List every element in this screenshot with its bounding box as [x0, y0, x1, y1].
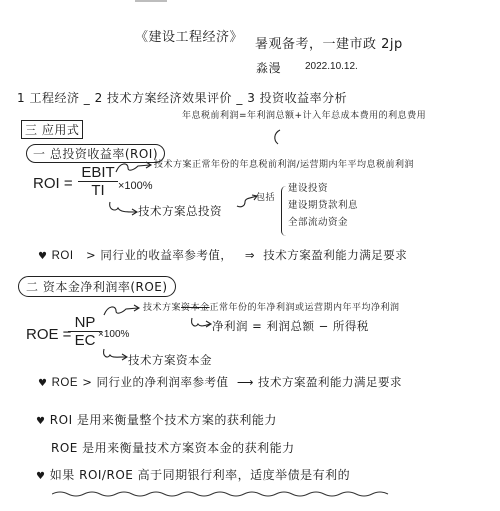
curl-up-arrow-icon [272, 128, 282, 146]
roi-numerator: EBIT [78, 164, 118, 182]
curl-arrow-icon [108, 200, 140, 216]
summary-line-leverage: ♥ 如果 ROI/ROE 高于同期银行利率，适度举债是有利的 [36, 466, 350, 483]
note-date: 2022.10.12. [305, 61, 358, 72]
net-profit-definition: 净利润 = 利润总额 − 所得税 [212, 318, 369, 334]
author-name: 淼漫 [256, 59, 281, 76]
roi-denominator: TI [78, 182, 118, 199]
roe-denominator-note: 技术方案资本金 [128, 352, 212, 368]
roe-multiplier: ×100% [98, 329, 129, 340]
greater-than-sign: > [86, 248, 96, 262]
breadcrumb-separator: _ [236, 91, 243, 105]
scan-edge-mark [135, 0, 167, 2]
ebit-definition: 年息税前利润=年利润总额+计入年总成本费用的利息费用 [182, 108, 426, 121]
heart-bullet-icon: ♥ [36, 416, 45, 427]
roe-conclusion: ♥ ROE > 同行业的净利润率参考值 ⟶ 技术方案盈利能力满足要求 [38, 374, 402, 390]
roe-label: ROE [52, 377, 78, 389]
brace [281, 186, 286, 236]
page-title: 《建设工程经济》 [135, 26, 243, 45]
curl-arrow-icon [114, 160, 154, 174]
breadcrumb: 1 工程经济 _ 2 技术方案经济效果评价 _ 3 投资收益率分析 [17, 89, 347, 106]
includes-item: 全部流动资金 [288, 214, 348, 228]
roi-label: ROI [52, 250, 74, 262]
breadcrumb-item-3: 3 投资收益率分析 [247, 91, 347, 105]
curl-arrow-icon [102, 347, 130, 361]
roe-numerator: NP [68, 314, 102, 332]
roe-benchmark-text: 同行业的净利润率参考值 [97, 375, 229, 389]
includes-label: 包括 [256, 190, 275, 203]
roi-result-text: 技术方案盈利能力满足要求 [263, 248, 407, 262]
roi-denominator-note: 技术方案总投资 [138, 203, 222, 219]
struck-text: 资本金 [181, 303, 210, 313]
breadcrumb-separator: _ [84, 91, 91, 105]
summary-roi-text: ROI 是用来衡量整个技术方案的获利能力 [50, 413, 277, 427]
includes-item: 建设投资 [288, 180, 328, 194]
roe-note-body: 正常年份的年净利润或运营期内年平均净利润 [210, 303, 400, 313]
roi-multiplier: ×100% [118, 180, 153, 192]
roi-benchmark-text: 同行业的收益率参考值， [100, 248, 232, 262]
roi-fraction: EBIT TI [78, 164, 118, 199]
section-heading-applications: 三 应用式 [21, 120, 83, 139]
roi-numerator-note: 技术方案正常年份的年息税前利润/运营期内年平均息税前利润 [154, 157, 414, 170]
heart-bullet-icon: ♥ [38, 251, 47, 262]
heart-bullet-icon: ♥ [38, 378, 47, 389]
curl-arrow-icon [102, 303, 142, 317]
breadcrumb-item-2: 2 技术方案经济效果评价 [95, 91, 232, 105]
page-subtitle: 暑观备考，一建市政 2jp [255, 33, 403, 52]
summary-line-roi: ♥ ROI 是用来衡量整个技术方案的获利能力 [36, 411, 277, 428]
heart-bullet-icon: ♥ [36, 471, 45, 482]
roe-numerator-note: 技术方案资本金正常年份的年净利润或运营期内年平均净利润 [143, 300, 400, 313]
wavy-underline [52, 490, 398, 498]
summary-leverage-text: 如果 ROI/ROE 高于同期银行利率，适度举债是有利的 [50, 468, 350, 482]
breadcrumb-item-1: 1 工程经济 [17, 91, 79, 105]
roe-result-text: 技术方案盈利能力满足要求 [258, 375, 402, 389]
includes-item: 建设期贷款利息 [288, 197, 358, 211]
roe-denominator: EC [68, 332, 102, 349]
roi-formula-lhs: ROI = [33, 175, 73, 192]
long-arrow-icon: ⟶ [237, 375, 254, 389]
summary-line-roe: ROE 是用来衡量技术方案资本金的获利能力 [51, 439, 295, 456]
curl-arrow-icon [190, 316, 214, 330]
roe-note-prefix: 技术方案 [143, 303, 181, 313]
implies-arrow-icon: ⇒ [245, 248, 255, 262]
roe-formula-lhs: ROE = [26, 326, 71, 343]
roi-conclusion: ♥ ROI > 同行业的收益率参考值， ⇒ 技术方案盈利能力满足要求 [38, 247, 407, 263]
roe-fraction: NP EC [68, 314, 102, 349]
roe-heading: 二 资本金净利润率(ROE) [18, 276, 176, 297]
greater-than-sign: > [82, 375, 92, 389]
